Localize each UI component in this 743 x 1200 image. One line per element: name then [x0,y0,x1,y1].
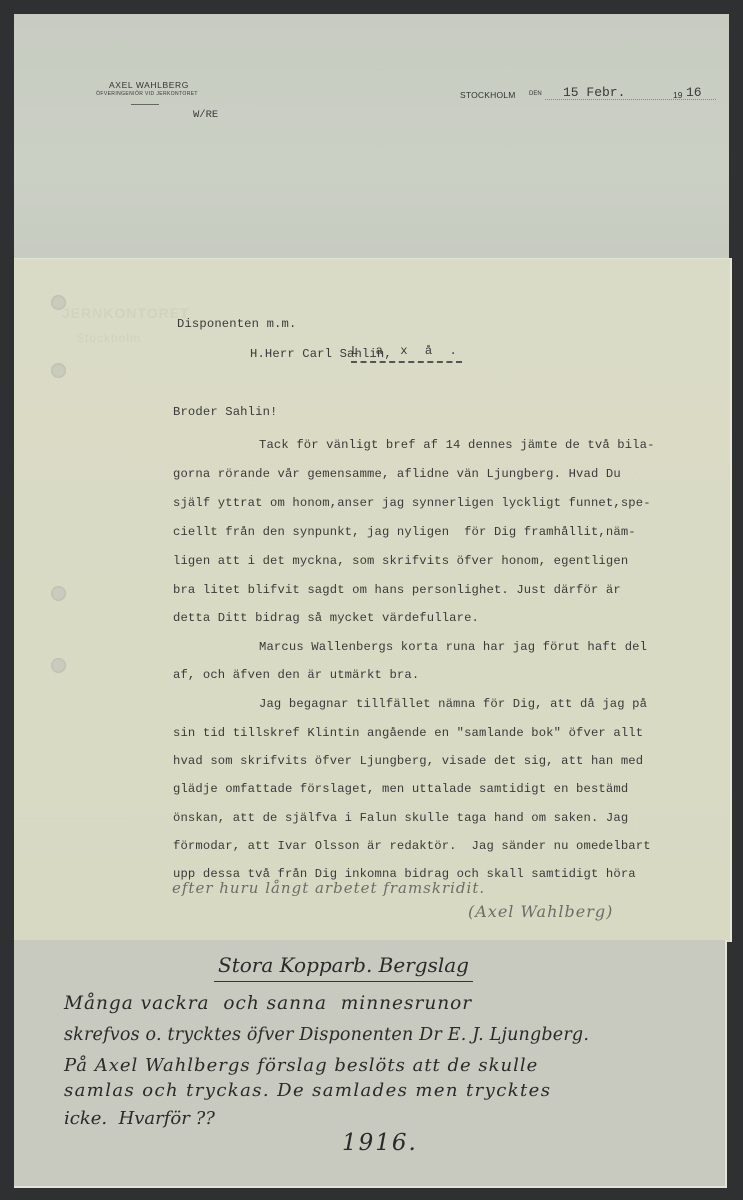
body-line: bra litet blifvit sagdt om hans personli… [173,583,621,597]
dateline-date: 15 Febr. [563,85,625,100]
dateline: STOCKHOLM DEN 15 Febr. 19 16 [460,86,716,102]
body-line: Jag begagnar tillfället nämna för Dig, a… [259,697,647,711]
body-line: önskan, att de själfva i Falun skulle ta… [173,811,628,825]
body-line: Tack för vänligt bref af 14 dennes jämte… [259,438,655,452]
punch-hole [51,658,66,673]
body-line: af, och äfven den är utmärkt bra. [173,668,419,682]
annotation-line: Många vackra och sanna minnesrunor [64,993,472,1014]
watermark-line2: Stockholm [76,331,141,345]
body-line: ligen att i det myckna, som skrifvits öf… [173,554,628,568]
body-line: detta Ditt bidrag så mycket värdefullare… [173,611,479,625]
handwritten-continuation: efter huru långt arbetet framskridit. [172,879,485,897]
dateline-den-label: DEN [529,91,542,97]
body-line: gorna rörande vår gemensamme, aflidne vä… [173,467,621,481]
handwritten-signature: (Axel Wahlberg) [468,902,613,921]
body-line: hvad som skrifvits öfver Ljungberg, visa… [173,754,643,768]
letterhead-sheet: AXEL WAHLBERG ÖFVERINGENIÖR VID JERKONTO… [14,14,729,274]
reference-code: W/RE [193,109,218,121]
watermark-line1: JERNKONTORET [62,305,190,321]
address-line-3: L a x å . [351,344,462,363]
dateline-year-prefix: 19 [673,90,682,100]
annotation-title: Stora Kopparb. Bergslag [214,953,473,982]
body-line: glädje omfattade förslaget, men uttalade… [173,782,628,796]
annotation-year: 1916. [342,1130,418,1156]
annotation-line: samlas och tryckas. De samlades men tryc… [64,1080,551,1101]
body-line: sin tid tillskref Klintin angående en "s… [173,726,643,740]
dateline-year-suffix: 16 [686,85,702,100]
annotation-line: skrefvos o. trycktes öfver Disponenten D… [64,1025,589,1045]
letterhead-name: AXEL WAHLBERG [94,80,204,90]
punch-hole [51,586,66,601]
body-line: ciellt från den synpunkt, jag nyligen fö… [173,525,636,539]
body-line: själf yttrat om honom,anser jag synnerli… [173,496,651,510]
address-line-1: Disponenten m.m. [177,317,296,331]
letterhead-title: ÖFVERINGENIÖR VID JERKONTORET [72,91,222,97]
annotation-line: På Axel Wahlbergs förslag beslöts att de… [64,1055,538,1076]
punch-hole [51,363,66,378]
body-line: förmodar, att Ivar Olsson är redaktör. J… [173,839,651,853]
document-scan: AXEL WAHLBERG ÖFVERINGENIÖR VID JERKONTO… [0,0,743,1200]
dateline-city: STOCKHOLM [460,90,516,100]
body-line: Marcus Wallenbergs korta runa har jag fö… [259,640,647,654]
annotation-line: icke. Hvarför ?? [64,1108,215,1129]
letterhead-divider [131,104,159,105]
salutation: Broder Sahlin! [173,405,278,419]
